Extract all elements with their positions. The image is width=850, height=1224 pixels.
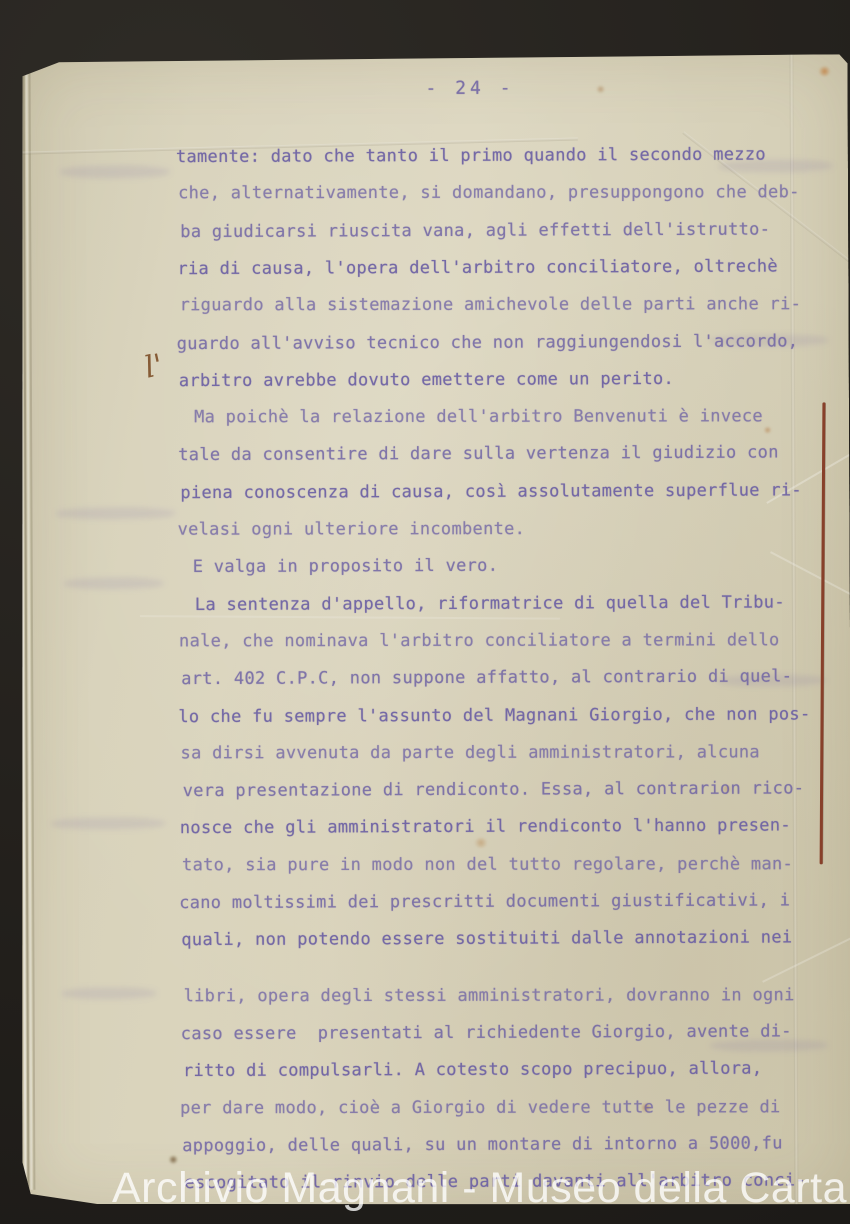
typed-line: quali, non potendo essere sostituiti dal… bbox=[181, 928, 792, 951]
typed-line: ba giudicarsi riuscita vana, agli effett… bbox=[180, 219, 770, 242]
typed-line: piena conoscenza di causa, così assoluta… bbox=[180, 480, 802, 503]
typed-line: vera presentazione di rendiconto. Essa, … bbox=[183, 778, 805, 801]
typed-line: ria di causa, l'opera dell'arbitro conci… bbox=[177, 256, 778, 279]
typed-line: velasi ogni ulteriore incombente. bbox=[178, 519, 526, 540]
paper-sheet: - 24 - tamente: dato che tanto il primo … bbox=[17, 54, 850, 1208]
bleedthrough-smudge bbox=[60, 165, 170, 178]
bleedthrough-smudge bbox=[55, 507, 175, 520]
typed-line: che, alternativamente, si domandano, pre… bbox=[178, 183, 800, 204]
typed-text-block: tamente: dato che tanto il primo quando … bbox=[17, 54, 847, 58]
typed-line: riguardo alla sistemazione amichevole de… bbox=[180, 294, 802, 315]
rust-stain bbox=[763, 427, 772, 434]
typed-line: lo che fu sempre l'assunto del Magnani G… bbox=[178, 704, 810, 727]
typed-line: per dare modo, cioè a Giorgio di vedere … bbox=[180, 1097, 781, 1118]
typed-line: ritto di compulsarli. A cotesto scopo pr… bbox=[183, 1059, 763, 1082]
rust-stain bbox=[596, 85, 606, 93]
typed-line: Ma poichè la relazione dell'arbitro Benv… bbox=[194, 406, 763, 427]
typed-line: nale, che nominava l'arbitro conciliator… bbox=[179, 630, 780, 651]
scanned-document-page: { "scan": { "page_number": "- 24 -", "wa… bbox=[0, 0, 850, 1224]
typed-line: tamente: dato che tanto il primo quando … bbox=[176, 145, 766, 168]
page-number: - 24 - bbox=[425, 78, 514, 99]
typed-line: La sentenza d'appello, riformatrice di q… bbox=[195, 592, 785, 615]
typed-line: art. 402 C.P.C, non suppone affatto, al … bbox=[181, 667, 792, 690]
bleedthrough-smudge bbox=[64, 577, 164, 589]
archive-watermark: Archivio Magnani - Museo della Carta bbox=[112, 1164, 847, 1213]
stacked-sheet-edges bbox=[18, 70, 37, 1190]
bleedthrough-smudge bbox=[62, 987, 157, 999]
typed-line: libri, opera degli stessi amministratori… bbox=[184, 985, 795, 1006]
binding-thread bbox=[820, 402, 825, 864]
typed-line: E valga in proposito il vero. bbox=[193, 556, 499, 577]
horizontal-crease-middle bbox=[140, 615, 560, 620]
handwritten-insertion: l' bbox=[141, 348, 166, 386]
bleedthrough-smudge bbox=[51, 817, 166, 830]
typed-line: cano moltissimi dei prescritti documenti… bbox=[179, 890, 790, 913]
typed-line: sa dirsi avvenuta da parte degli amminis… bbox=[181, 742, 760, 763]
rust-stain bbox=[818, 66, 832, 76]
rust-stain bbox=[473, 838, 489, 848]
ink-speck bbox=[168, 1155, 178, 1164]
typed-line: guardo all'avviso tecnico che non raggiu… bbox=[177, 331, 799, 354]
typed-line: nosce che gli amministratori il rendicon… bbox=[180, 816, 791, 839]
typed-line: caso essere presentati al richiedente Gi… bbox=[181, 1021, 792, 1044]
typed-line: tato, sia pure in modo non del tutto reg… bbox=[182, 854, 793, 875]
typed-line: arbitro avrebbe dovuto emettere come un … bbox=[179, 369, 674, 391]
typed-line: tale da consentire di dare sulla vertenz… bbox=[178, 443, 779, 466]
typed-line: appoggio, delle quali, su un montare di … bbox=[182, 1133, 783, 1156]
